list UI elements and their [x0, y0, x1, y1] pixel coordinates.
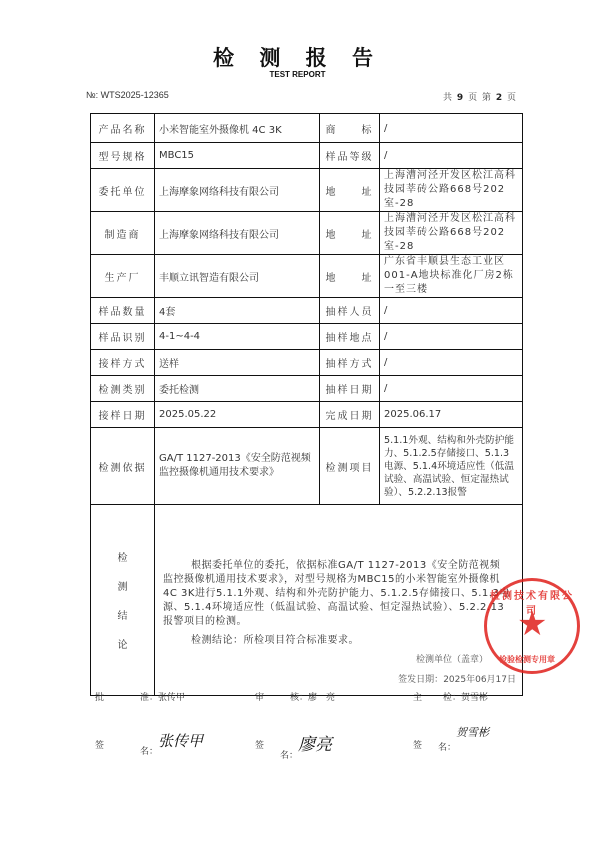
conclusion-label-char: 论 [95, 636, 150, 651]
sampling-place-label: 抽样地点 [320, 324, 380, 350]
approver-label: 批 [95, 690, 104, 703]
completion-date-label: 完成日期 [320, 402, 380, 428]
inspector-sign-label: 签 [413, 738, 422, 751]
reviewer-sign-label: 签 [255, 738, 264, 751]
product-name-value: 小米智能室外摄像机 4C 3K [155, 114, 320, 143]
sample-id-label: 样品识别 [91, 324, 155, 350]
table-row: 型号规格 MBC15 样品等级 / [91, 143, 523, 169]
receipt-date-value: 2025.05.22 [155, 402, 320, 428]
sample-qty-label: 样品数量 [91, 298, 155, 324]
client-label: 委托单位 [91, 169, 155, 212]
reviewer-label: 审 [255, 690, 264, 703]
conclusion-label-char: 结 [95, 607, 150, 622]
receipt-method-value: 送样 [155, 350, 320, 376]
sampler-label: 抽样人员 [320, 298, 380, 324]
client-value: 上海摩象网络科技有限公司 [155, 169, 320, 212]
page-total: 9 [457, 93, 464, 103]
report-number: №: WTS2025-12365 [86, 90, 169, 100]
test-type-value: 委托检测 [155, 376, 320, 402]
approver-signature-field: 名：张传甲 [140, 738, 203, 759]
model-label: 型号规格 [91, 143, 155, 169]
completion-date-value: 2025.06.17 [380, 402, 523, 428]
approver: 准：张传甲 [140, 690, 185, 703]
sample-grade-value: / [380, 143, 523, 169]
sampler-value: / [380, 298, 523, 324]
receipt-date-label: 接样日期 [91, 402, 155, 428]
factory-value: 丰顺立讯智造有限公司 [155, 255, 320, 298]
conclusion-body: 根据委托单位的委托，依据标准GA/T 1127-2013《安全防范视频监控摄像机… [155, 505, 523, 696]
sample-grade-label: 样品等级 [320, 143, 380, 169]
sampling-date-value: / [380, 376, 523, 402]
client-address-value: 上海漕河泾开发区松江高科技园莘砖公路668号202室-28 [380, 169, 523, 212]
sampling-place-value: / [380, 324, 523, 350]
table-row: 接样方式 送样 抽样方式 / [91, 350, 523, 376]
reviewer-signature-field: 名：廖亮 [280, 738, 332, 763]
table-row: 产品名称 小米智能室外摄像机 4C 3K 商 标 / [91, 114, 523, 143]
manufacturer-label: 制造商 [91, 212, 155, 255]
approver-sign-label: 签 [95, 738, 104, 751]
page-current-prefix: 第 [482, 93, 492, 103]
issue-date-label: 签发日期： [398, 675, 443, 685]
inspector: 检：贺雪彬 [443, 690, 488, 703]
receipt-method-label: 接样方式 [91, 350, 155, 376]
inspector-signature-field: 名：贺雪彬 [438, 738, 489, 754]
factory-address-value: 广东省丰顺县生态工业区001-A地块标准化厂房2栋一至三楼 [380, 255, 523, 298]
model-value: MBC15 [155, 143, 320, 169]
report-number-value: WTS2025-12365 [101, 90, 169, 100]
factory-label: 生产厂 [91, 255, 155, 298]
star-icon: ★ [517, 607, 547, 641]
trademark-label: 商 标 [320, 114, 380, 143]
table-row: 检测类别 委托检测 抽样日期 / [91, 376, 523, 402]
page-info: 共 9 页 第 2 页 [443, 90, 517, 103]
test-items-value: 5.1.1外观、结构和外壳防护能力、5.1.2.5存储接口、5.1.3电源、5.… [380, 428, 523, 505]
client-address-label: 地 址 [320, 169, 380, 212]
approver-name: 张传甲 [158, 693, 185, 703]
conclusion-label-char: 检 [95, 549, 150, 564]
sample-id-value: 4-1~4-4 [155, 324, 320, 350]
table-row: 委托单位 上海摩象网络科技有限公司 地 址 上海漕河泾开发区松江高科技园莘砖公路… [91, 169, 523, 212]
test-items-label: 检测项目 [320, 428, 380, 505]
sampling-date-label: 抽样日期 [320, 376, 380, 402]
test-type-label: 检测类别 [91, 376, 155, 402]
report-subtitle: TEST REPORT [0, 70, 595, 79]
conclusion-text: 根据委托单位的委托，依据标准GA/T 1127-2013《安全防范视频监控摄像机… [159, 554, 518, 629]
official-seal: 检测技术有限公司 ★ 检验检测专用章 [484, 578, 580, 674]
report-number-label: №: [86, 90, 98, 100]
conclusion-row: 检 测 结 论 根据委托单位的委托，依据标准GA/T 1127-2013《安全防… [91, 505, 523, 696]
sample-qty-value: 4套 [155, 298, 320, 324]
unit-stamp-label: 检测单位（盖章） [416, 652, 488, 665]
test-basis-value: GA/T 1127-2013《安全防范视频监控摄像机通用技术要求》 [155, 428, 320, 505]
reviewer: 核：廖 亮 [290, 690, 335, 703]
table-row: 样品识别 4-1~4-4 抽样地点 / [91, 324, 523, 350]
issue-date: 签发日期：2025年06月17日 [398, 672, 516, 685]
conclusion-result: 检测结论：所检项目符合标准要求。 [159, 629, 518, 646]
factory-address-label: 地 址 [320, 255, 380, 298]
table-row: 检测依据 GA/T 1127-2013《安全防范视频监控摄像机通用技术要求》 检… [91, 428, 523, 505]
seal-subtext: 检验检测专用章 [499, 654, 555, 665]
manufacturer-address-value: 上海漕河泾开发区松江高科技园莘砖公路668号202室-28 [380, 212, 523, 255]
reviewer-name: 廖 亮 [308, 693, 335, 703]
inspector-signature: 贺雪彬 [456, 726, 489, 739]
test-basis-label: 检测依据 [91, 428, 155, 505]
inspector-name: 贺雪彬 [461, 693, 488, 703]
approver-signature: 张传甲 [158, 732, 203, 750]
inspector-label: 主 [413, 690, 422, 703]
product-name-label: 产品名称 [91, 114, 155, 143]
page-total-prefix: 共 [443, 93, 453, 103]
page-current: 2 [496, 93, 503, 103]
manufacturer-address-label: 地 址 [320, 212, 380, 255]
issue-date-value: 2025年06月17日 [443, 675, 516, 685]
conclusion-label-char: 测 [95, 578, 150, 593]
table-row: 样品数量 4套 抽样人员 / [91, 298, 523, 324]
sampling-method-label: 抽样方式 [320, 350, 380, 376]
table-row: 接样日期 2025.05.22 完成日期 2025.06.17 [91, 402, 523, 428]
page-current-suffix: 页 [507, 93, 517, 103]
page-total-suffix: 页 [468, 93, 478, 103]
table-row: 制造商 上海摩象网络科技有限公司 地 址 上海漕河泾开发区松江高科技园莘砖公路6… [91, 212, 523, 255]
reviewer-signature: 廖亮 [298, 735, 332, 755]
conclusion-label: 检 测 结 论 [91, 505, 155, 696]
table-row: 生产厂 丰顺立讯智造有限公司 地 址 广东省丰顺县生态工业区001-A地块标准化… [91, 255, 523, 298]
report-title: 检 测 报 告 [0, 42, 595, 72]
report-info-table: 产品名称 小米智能室外摄像机 4C 3K 商 标 / 型号规格 MBC15 样品… [90, 113, 523, 696]
sampling-method-value: / [380, 350, 523, 376]
manufacturer-value: 上海摩象网络科技有限公司 [155, 212, 320, 255]
trademark-value: / [380, 114, 523, 143]
